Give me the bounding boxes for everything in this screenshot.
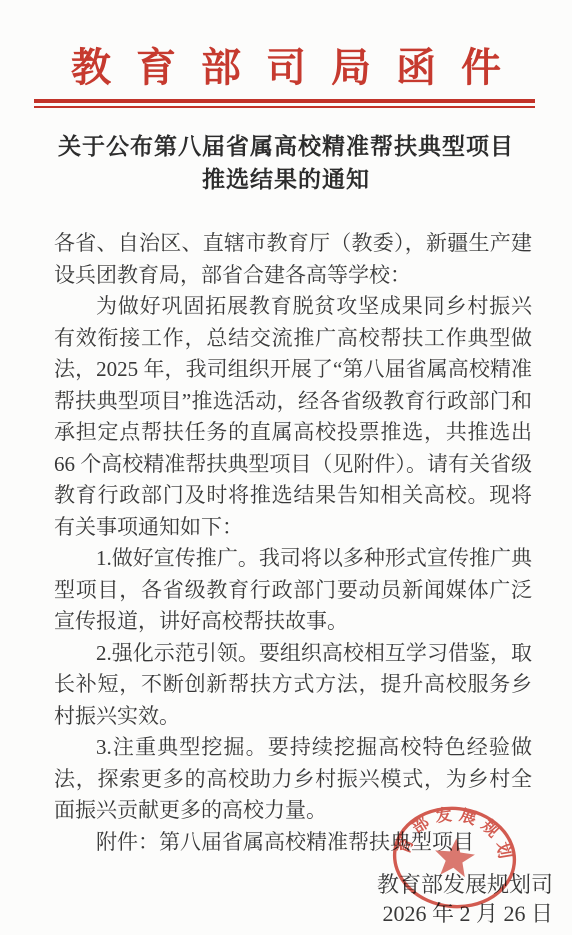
document-title-line2: 推选结果的通知: [0, 163, 572, 196]
document-title: 关于公布第八届省属高校精准帮扶典型项目 推选结果的通知: [0, 130, 572, 196]
document-title-line1: 关于公布第八届省属高校精准帮扶典型项目: [0, 130, 572, 163]
seal-star-icon: [433, 836, 477, 878]
paragraph-intro: 为做好巩固拓展教育脱贫攻坚成果同乡村振兴有效衔接工作，总结交流推广高校帮扶工作典…: [54, 291, 532, 543]
paragraph-item-1: 1.做好宣传推广。我司将以多种形式宣传推广典型项目，各省级教育行政部门要动员新闻…: [54, 543, 532, 638]
letterhead-title: 教育部司局函件: [0, 36, 572, 93]
paragraph-item-2: 2.强化示范引领。要组织高校相互学习借鉴，取长补短，不断创新帮扶方式方法，提升高…: [54, 638, 532, 733]
red-divider-line: [34, 99, 535, 108]
document-body: 各省、自治区、直辖市教育厅（教委），新疆生产建设兵团教育局，部省合建各高等学校：…: [54, 228, 532, 858]
document-page: 教育部司局函件 关于公布第八届省属高校精准帮扶典型项目 推选结果的通知 各省、自…: [0, 0, 572, 935]
salutation-line: 各省、自治区、直辖市教育厅（教委），新疆生产建设兵团教育局，部省合建各高等学校：: [54, 228, 532, 291]
official-seal: 教育部发展规划司: [386, 799, 523, 917]
